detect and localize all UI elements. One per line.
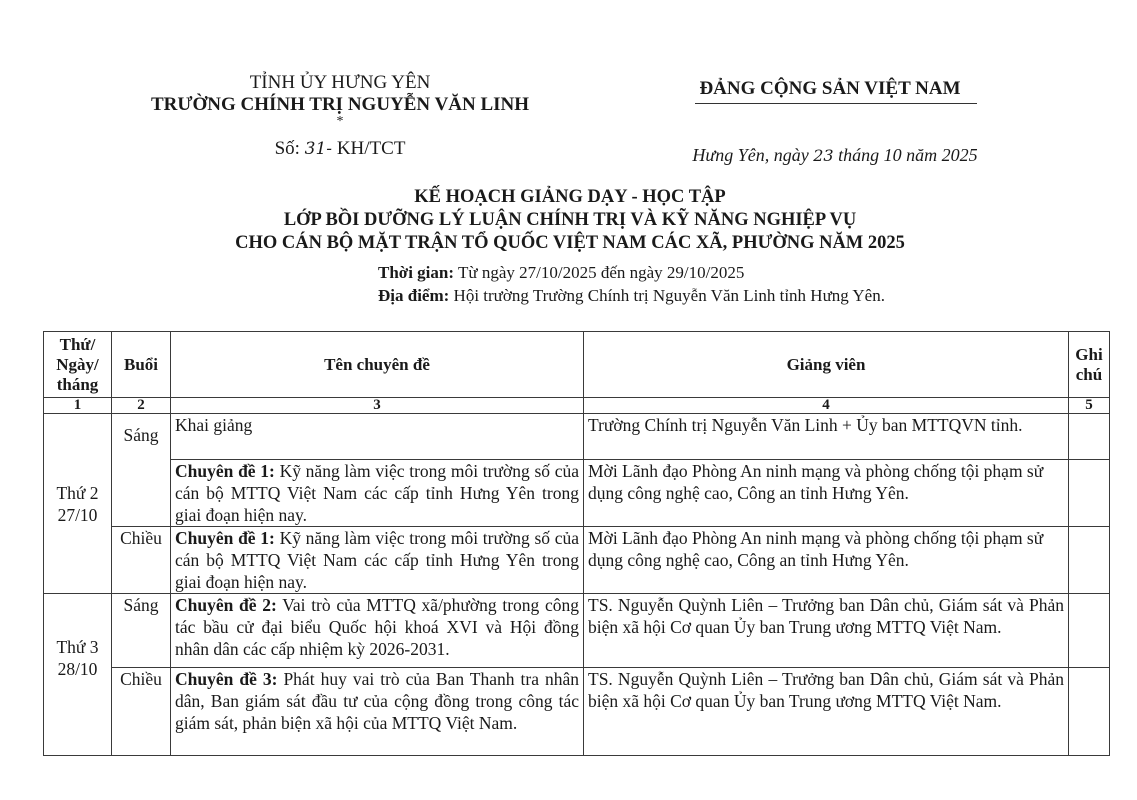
topic-number: Chuyên đề 1: [175,461,275,481]
session-cell: Sáng [112,594,171,668]
table-header-row: Thứ/ Ngày/ tháng Buổi Tên chuyên đề Giản… [44,332,1110,398]
header-lecturer: Giảng viên [584,332,1069,398]
separator-star: * [320,114,360,130]
header-topic: Tên chuyên đề [171,332,584,398]
topic-cell: Chuyên đề 1: Kỹ năng làm việc trong môi … [171,527,584,594]
table-row: Chuyên đề 1: Kỹ năng làm việc trong môi … [44,460,1110,527]
time-info: Thời gian: Từ ngày 27/10/2025 đến ngày 2… [378,263,744,283]
title-line-2: LỚP BỒI DƯỠNG LÝ LUẬN CHÍNH TRỊ VÀ KỸ NĂ… [120,209,1020,232]
lecturer-cell: Mời Lãnh đạo Phòng An ninh mạng và phòng… [584,527,1069,594]
session-label: Sáng [124,425,159,445]
time-label: Thời gian: [378,263,454,282]
session-cell: Chiều [112,668,171,756]
topic-number: Chuyên đề 1: [175,528,275,548]
note-cell [1069,668,1110,756]
plan-title: KẾ HOẠCH GIẢNG DẠY - HỌC TẬP LỚP BỒI DƯỠ… [120,186,1020,255]
session-label: Chiều [120,669,162,689]
date-prefix: Hưng Yên, ngày [692,145,808,165]
lecturer-cell: TS. Nguyễn Quỳnh Liên – Trưởng ban Dân c… [584,594,1069,668]
place-value: Hội trường Trường Chính trị Nguyễn Văn L… [454,286,885,305]
session-cell: Chiều [112,527,171,594]
day-name: Thứ 2 [48,482,107,504]
note-cell [1069,460,1110,527]
col-number: 2 [112,398,171,414]
title-line-3: CHO CÁN BỘ MẶT TRẬN TỔ QUỐC VIỆT NAM CÁC… [120,232,1020,255]
place-label: Địa điểm: [378,286,449,305]
lecturer-cell: Mời Lãnh đạo Phòng An ninh mạng và phòng… [584,460,1069,527]
col-number: 3 [171,398,584,414]
organization-name: TRƯỜNG CHÍNH TRỊ NGUYỄN VĂN LINH [120,94,560,116]
table-row: Thứ 2 27/10 Sáng Khai giảng Trường Chính… [44,414,1110,460]
header-day: Thứ/ Ngày/ tháng [44,332,112,398]
header-note: Ghi chú [1069,332,1110,398]
date-day-handwritten: 23 [813,146,833,165]
topic-text: Khai giảng [175,415,252,435]
day-cell: Thứ 3 28/10 [44,594,112,756]
day-date: 27/10 [48,504,107,526]
topic-number: Chuyên đề 2: [175,595,277,615]
day-date: 28/10 [48,658,107,680]
schedule-table: Thứ/ Ngày/ tháng Buổi Tên chuyên đề Giản… [43,331,1110,756]
party-underline [695,103,977,104]
number-label: Số: [275,138,300,159]
party-name: ĐẢNG CỘNG SẢN VIỆT NAM [670,78,990,100]
table-row: Chiều Chuyên đề 1: Kỹ năng làm việc tron… [44,527,1110,594]
note-cell [1069,527,1110,594]
topic-cell: Khai giảng [171,414,584,460]
header-session: Buổi [112,332,171,398]
place-info: Địa điểm: Hội trường Trường Chính trị Ng… [378,286,885,306]
lecturer-cell: Trường Chính trị Nguyễn Văn Linh + Ủy ba… [584,414,1069,460]
parent-organization: TỈNH ỦY HƯNG YÊN [140,72,540,94]
time-value: Từ ngày 27/10/2025 đến ngày 29/10/2025 [458,263,744,282]
session-cell: Sáng [112,414,171,527]
issue-date: Hưng Yên, ngày 23 tháng 10 năm 2025 [640,145,1030,166]
document-number: Số: 31- KH/TCT [220,138,460,160]
col-number: 5 [1069,398,1110,414]
table-row: Chiều Chuyên đề 3: Phát huy vai trò của … [44,668,1110,756]
lecturer-cell: TS. Nguyễn Quỳnh Liên – Trưởng ban Dân c… [584,668,1069,756]
col-number: 1 [44,398,112,414]
session-label: Chiều [120,528,162,548]
title-line-1: KẾ HOẠCH GIẢNG DẠY - HỌC TẬP [120,186,1020,209]
topic-cell: Chuyên đề 2: Vai trò của MTTQ xã/phường … [171,594,584,668]
note-cell [1069,594,1110,668]
column-number-row: 1 2 3 4 5 [44,398,1110,414]
topic-number: Chuyên đề 3: [175,669,277,689]
day-name: Thứ 3 [48,636,107,658]
table-row: Thứ 3 28/10 Sáng Chuyên đề 2: Vai trò củ… [44,594,1110,668]
note-cell [1069,414,1110,460]
topic-cell: Chuyên đề 1: Kỹ năng làm việc trong môi … [171,460,584,527]
number-handwritten: 31- [305,139,332,159]
date-suffix: tháng 10 năm 2025 [838,145,978,165]
topic-cell: Chuyên đề 3: Phát huy vai trò của Ban Th… [171,668,584,756]
day-cell: Thứ 2 27/10 [44,414,112,594]
col-number: 4 [584,398,1069,414]
session-label: Sáng [124,595,159,615]
number-suffix: KH/TCT [337,138,406,159]
